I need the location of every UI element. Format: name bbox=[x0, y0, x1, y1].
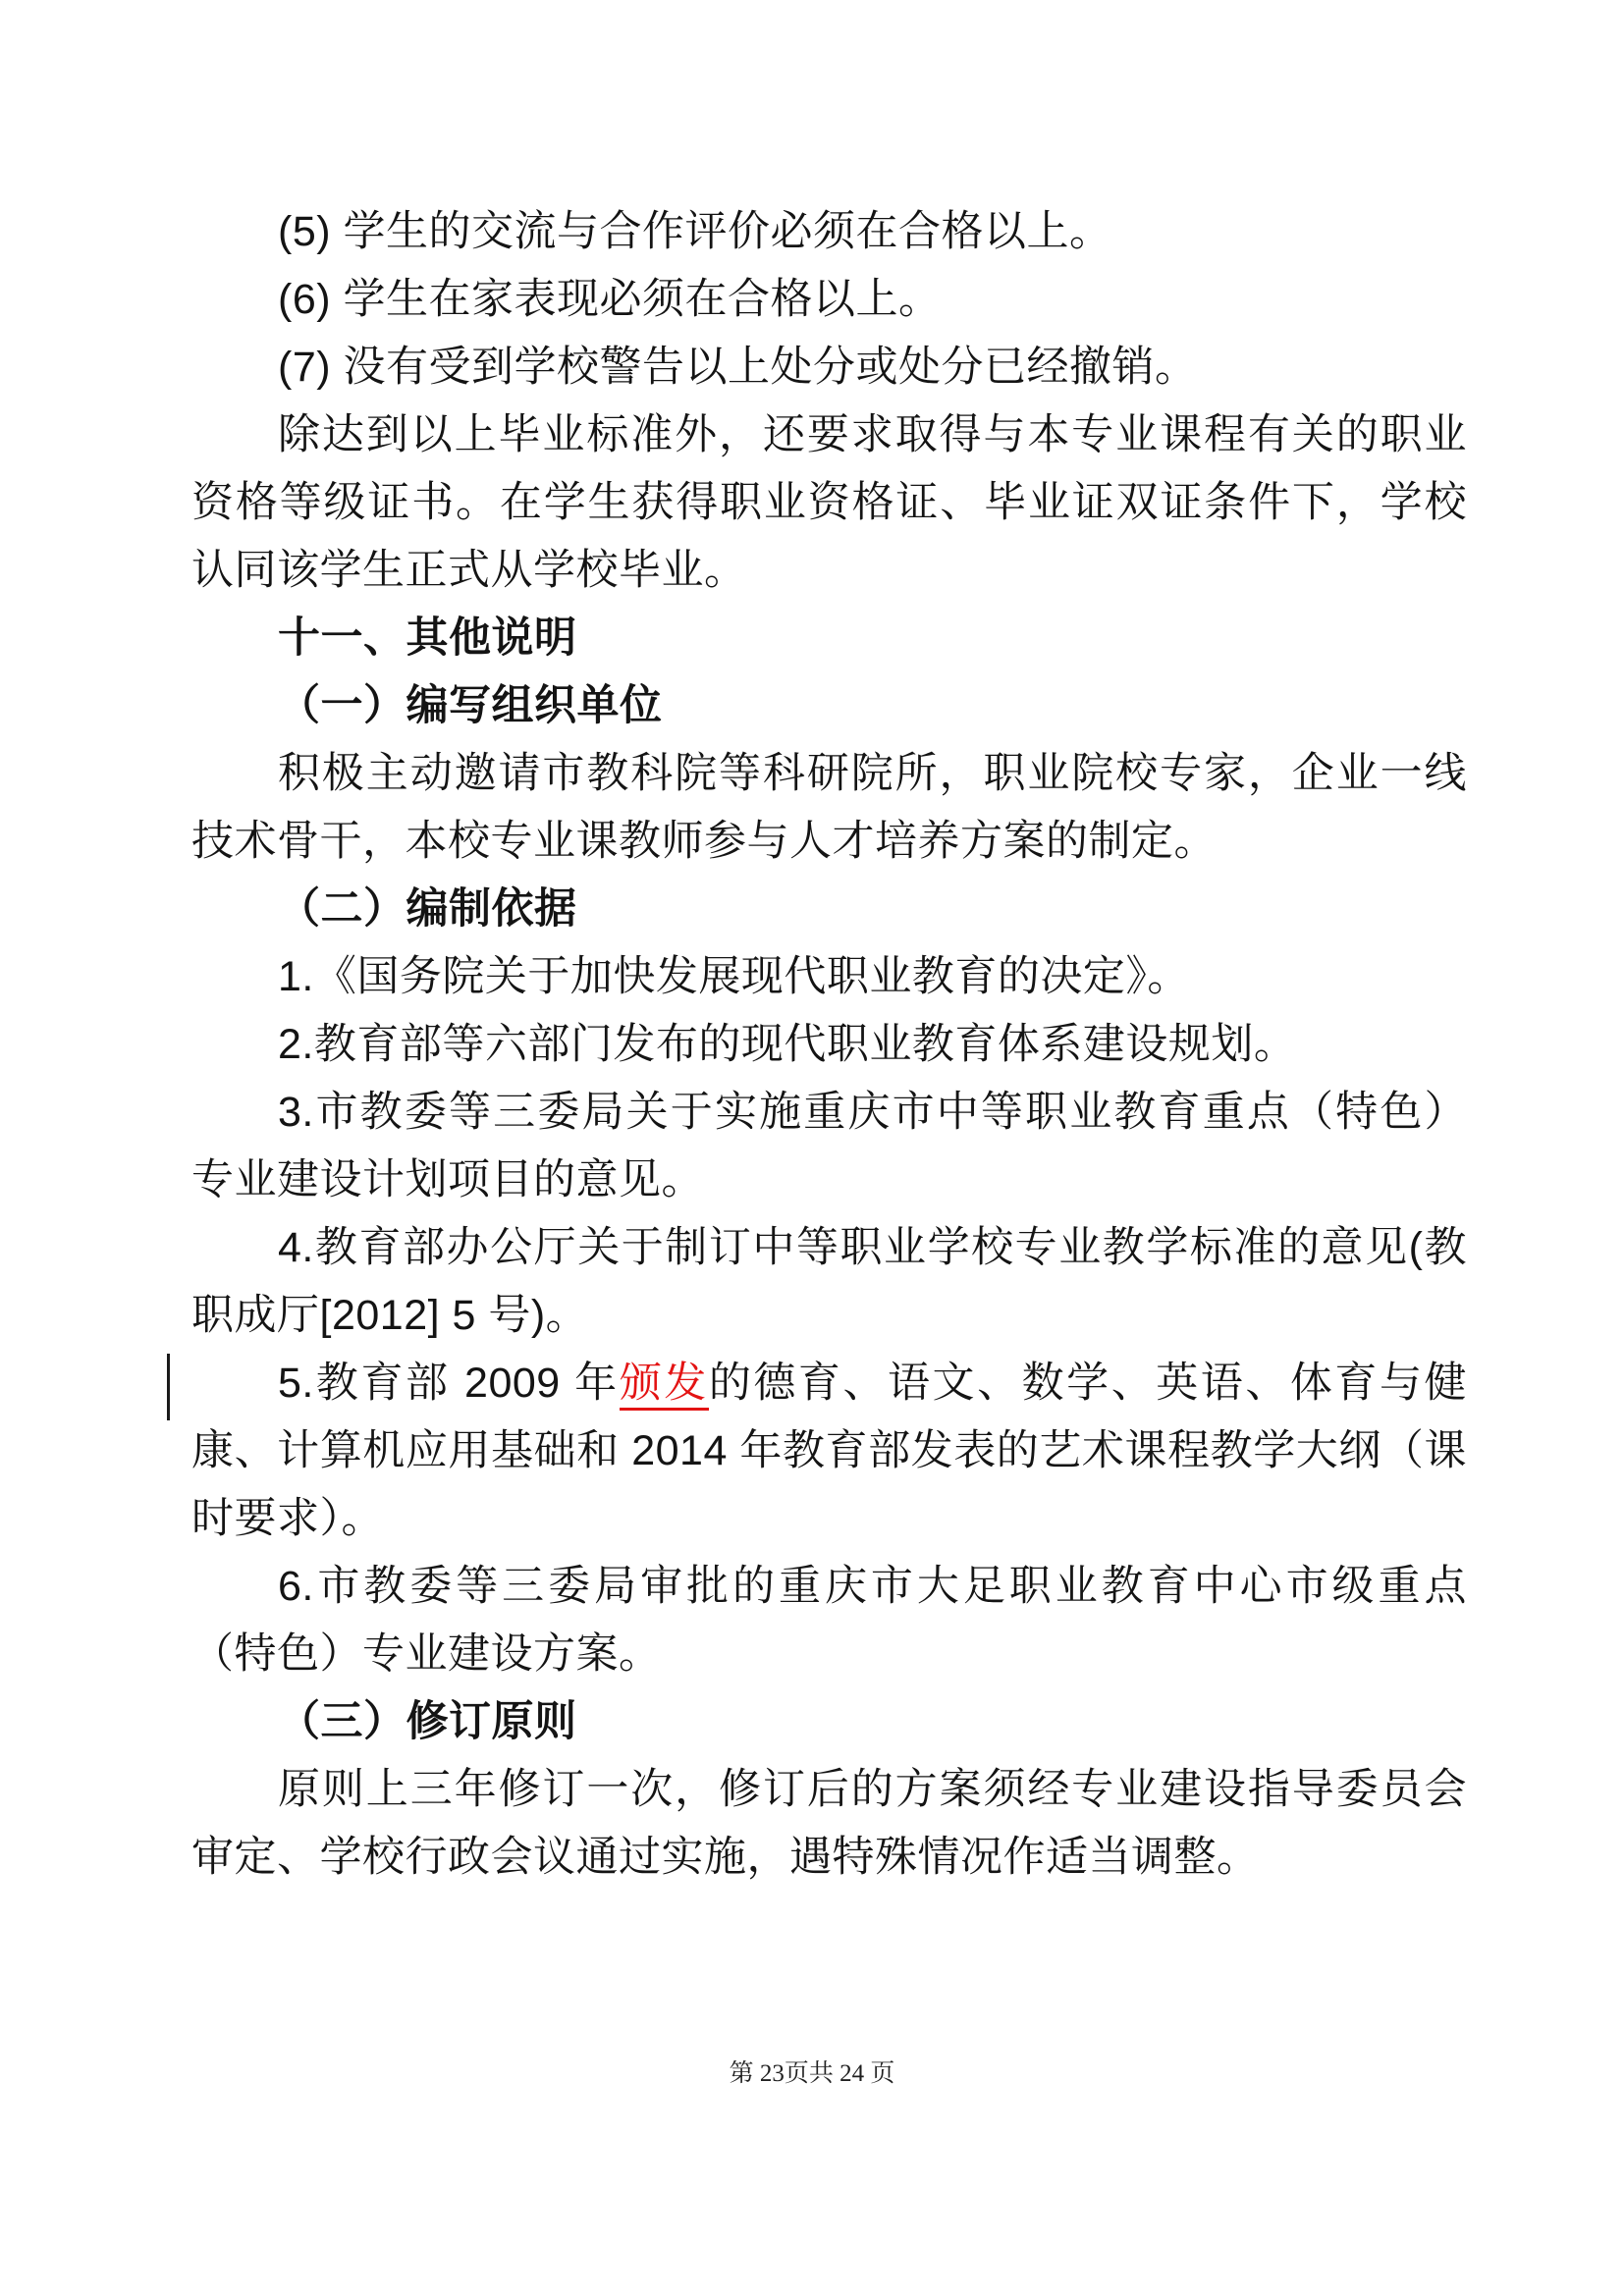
basis-item-4: 4.教育部办公厅关于制订中等职业学校专业教学标准的意见(教职成厅[2012] 5… bbox=[191, 1214, 1467, 1350]
paragraph-organizer: 积极主动邀请市教科院等科研院所，职业院校专家，企业一线技术骨干，本校专业课教师参… bbox=[191, 740, 1467, 876]
revision-change-bar bbox=[167, 1354, 170, 1420]
heading-11-1-organizer: （一）编写组织单位 bbox=[191, 672, 1467, 740]
page-footer: 第 23页共 24 页 bbox=[0, 2054, 1624, 2089]
basis-item-2: 2.教育部等六部门发布的现代职业教育体系建设规划。 bbox=[191, 1011, 1467, 1079]
document-page: (5) 学生的交流与合作评价必须在合格以上。 (6) 学生在家表现必须在合格以上… bbox=[0, 0, 1624, 2296]
tracked-change-text: 颁发 bbox=[620, 1360, 709, 1411]
basis-item-1: 1.《国务院关于加快发展现代职业教育的决定》。 bbox=[191, 943, 1467, 1011]
paragraph-revision-principle: 原则上三年修订一次，修订后的方案须经专业建设指导委员会审定、学校行政会议通过实施… bbox=[191, 1756, 1467, 1892]
list-item-5: (5) 学生的交流与合作评价必须在合格以上。 bbox=[191, 198, 1467, 266]
heading-section-11: 十一、其他说明 bbox=[191, 605, 1467, 672]
heading-11-2-basis: （二）编制依据 bbox=[191, 876, 1467, 943]
list-item-6: (6) 学生在家表现必须在合格以上。 bbox=[191, 266, 1467, 334]
basis-item-5-prefix: 5.教育部 2009 年 bbox=[278, 1360, 620, 1407]
document-body: (5) 学生的交流与合作评价必须在合格以上。 (6) 学生在家表现必须在合格以上… bbox=[191, 198, 1467, 1892]
basis-item-5: 5.教育部 2009 年颁发的德育、语文、数学、英语、体育与健康、计算机应用基础… bbox=[191, 1350, 1467, 1553]
list-item-7: (7) 没有受到学校警告以上处分或处分已经撤销。 bbox=[191, 334, 1467, 401]
paragraph-graduation-requirement: 除达到以上毕业标准外，还要求取得与本专业课程有关的职业资格等级证书。在学生获得职… bbox=[191, 401, 1467, 605]
basis-item-3: 3.市教委等三委局关于实施重庆市中等职业教育重点（特色）专业建设计划项目的意见。 bbox=[191, 1079, 1467, 1214]
basis-item-6: 6.市教委等三委局审批的重庆市大足职业教育中心市级重点（特色）专业建设方案。 bbox=[191, 1553, 1467, 1688]
heading-11-3-revision-principle: （三）修订原则 bbox=[191, 1688, 1467, 1756]
